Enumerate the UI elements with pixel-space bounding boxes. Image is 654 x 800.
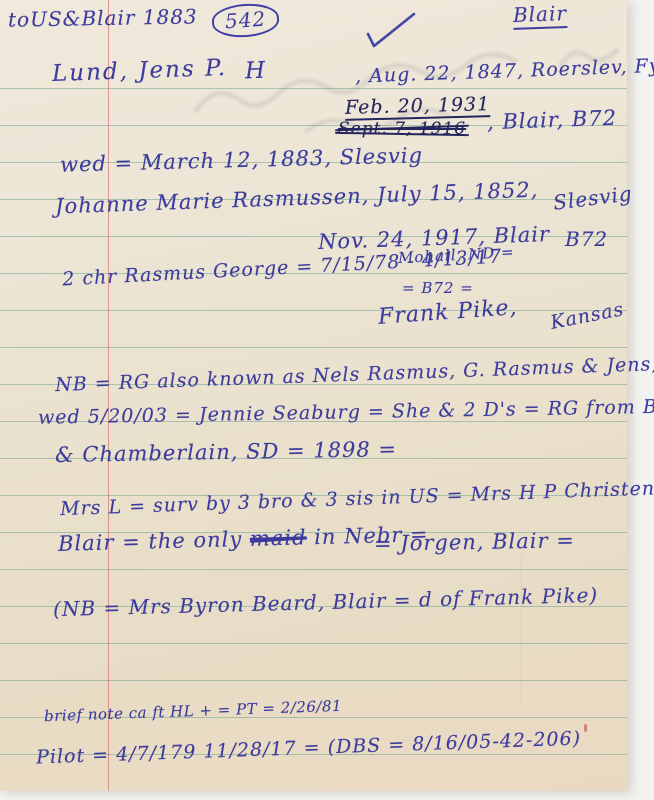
note-beard: (NB = Mrs Byron Beard, Blair = d of Fran…	[53, 583, 599, 621]
red-ink-speck	[584, 724, 587, 732]
death-place: , Blair, B72	[487, 106, 618, 135]
note-residence: & Chamberlain, SD = 1898 =	[55, 437, 397, 467]
death-date-corrected: Feb. 20, 1931	[345, 93, 491, 121]
struck-word: maid	[250, 525, 307, 550]
surname-heading: Blair	[513, 1, 568, 30]
note-jorgen: = Jorgen, Blair =	[374, 528, 575, 556]
notebook-page: toUS&Blair 1883 542 Blair Lund, Jens P. …	[0, 0, 627, 791]
spouse-ref: B72	[565, 227, 608, 251]
pilot-note: Pilot = 4/7/179 11/28/17 = (DBS = 8/16/0…	[36, 727, 582, 768]
birth-line: , Aug. 22, 1847, Roerslev, Fyn	[355, 54, 654, 87]
only-in-nebr-text: Blair = the only	[58, 527, 243, 556]
spouse-line: Johanne Marie Rasmussen, July 15, 1852,	[55, 178, 539, 219]
note-second-marriage: wed 5/20/03 = Jennie Seaburg = She & 2 D…	[38, 395, 654, 428]
entry-name: Lund, Jens P.	[52, 55, 228, 87]
marriage-line: wed = March 12, 1883, Slesvig	[60, 143, 424, 176]
collection-note: toUS&Blair 1883	[8, 4, 198, 31]
checkmark-icon	[358, 8, 420, 52]
children-ref: = B72 =	[402, 279, 474, 297]
note-survivors: Mrs L = surv by 3 bro & 3 sis in US = Mr…	[60, 476, 654, 520]
children-state: Kansas	[549, 298, 626, 334]
children-contact: Frank Pike,	[377, 295, 518, 330]
paper-crease	[521, 555, 522, 705]
note-aka: NB = RG also known as Nels Rasmus, G. Ra…	[55, 352, 654, 396]
page-number: 542	[211, 2, 280, 40]
death-date-struck: Sept. 7, 1916	[338, 119, 466, 139]
entry-name-suffix: H	[245, 58, 267, 85]
brief-note: brief note ca ft HL + = PT = 2/26/81	[44, 697, 343, 725]
spouse-origin: Slesvig	[552, 181, 634, 215]
red-margin-line	[108, 0, 109, 791]
